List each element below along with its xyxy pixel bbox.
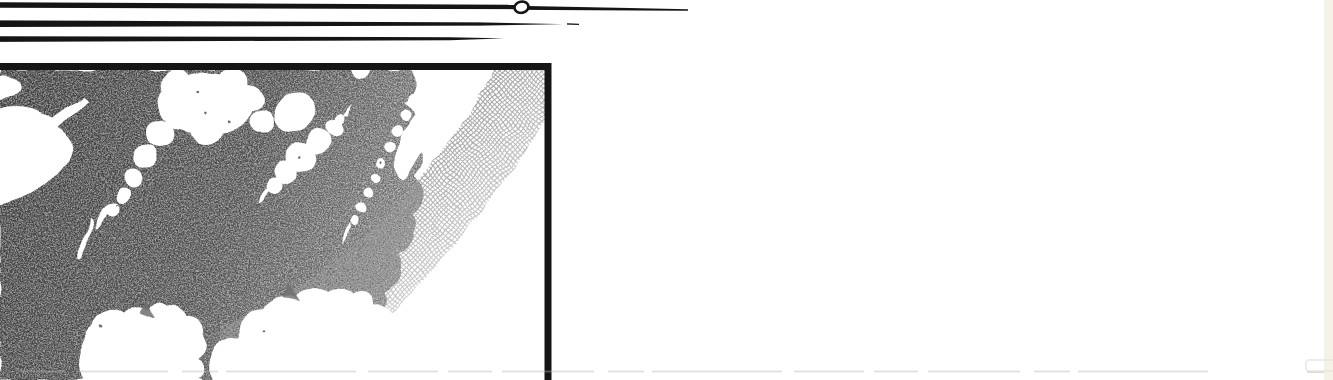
motion-line-3 xyxy=(0,36,504,42)
motion-lines xyxy=(0,0,688,42)
motion-line-2 xyxy=(0,20,563,27)
cloud-speck xyxy=(116,205,118,207)
cloud-puff xyxy=(161,69,191,99)
cloud-speck xyxy=(99,325,102,328)
cloud-puff xyxy=(400,109,412,121)
cloud-puff xyxy=(370,174,380,184)
page-edge-shadow xyxy=(1324,0,1333,380)
storm-cloud-panel xyxy=(0,67,548,380)
cloud-puff xyxy=(385,142,395,152)
cloud-art xyxy=(0,69,548,380)
cloud-puff xyxy=(134,144,158,168)
cloud-speck xyxy=(195,91,197,93)
manga-page-artwork: Black-and-white manga page fragment: thr… xyxy=(0,0,1333,380)
cloud-speck xyxy=(149,169,152,172)
cloud-puff xyxy=(115,188,131,204)
motion-line-1-tail xyxy=(527,6,688,11)
cloud-speck xyxy=(206,111,209,114)
cloud-puff xyxy=(392,125,404,137)
cloud-puff xyxy=(238,85,264,111)
cloud-puff xyxy=(189,112,223,146)
cloud-speck xyxy=(381,161,383,163)
cloud-puff xyxy=(146,119,174,147)
cloud-puff xyxy=(363,189,373,199)
cloud-puff xyxy=(124,168,144,188)
cloud-speck xyxy=(298,156,301,159)
cloud-speck xyxy=(227,121,229,123)
cloud-puff xyxy=(356,203,366,213)
motion-line-1 xyxy=(0,2,517,9)
manga-page: Black-and-white manga page fragment: thr… xyxy=(0,0,1333,380)
cloud-puff xyxy=(106,203,120,217)
cloud-speck xyxy=(263,330,266,333)
cloud-puff xyxy=(350,216,358,224)
motion-line-2-dash xyxy=(567,23,579,25)
cloud-puff xyxy=(250,110,274,134)
